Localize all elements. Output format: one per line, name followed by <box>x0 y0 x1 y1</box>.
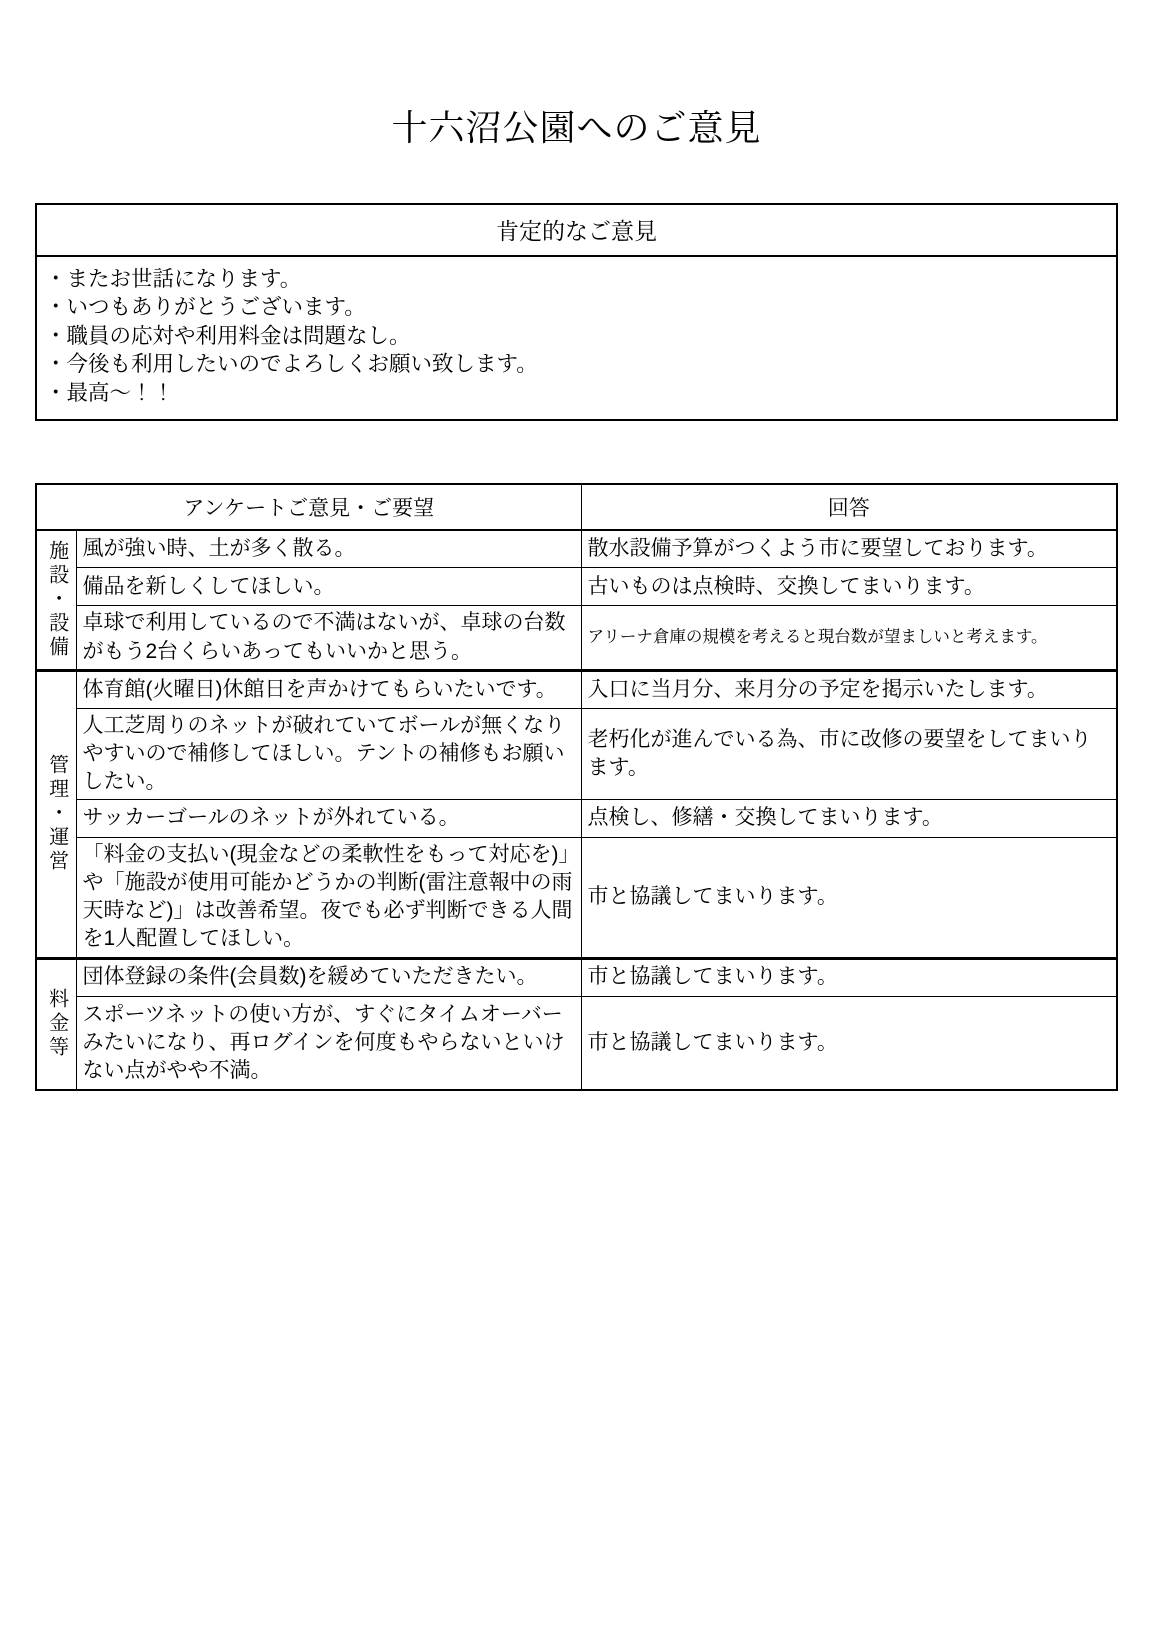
table-row: スポーツネットの使い方が、すぐにタイムオーバーみたいになり、再ログインを何度もや… <box>36 996 1117 1090</box>
positive-opinion-item: ・職員の応対や利用料金は問題なし。 <box>45 322 1106 350</box>
table-row: 人工芝周りのネットが破れていてボールが無くなりやすいので補修してほしい。テントの… <box>36 708 1117 799</box>
positive-opinion-item: ・最高～！！ <box>45 379 1106 407</box>
table-row: 施設・設備 風が強い時、土が多く散る。 散水設備予算がつくよう市に要望しておりま… <box>36 530 1117 568</box>
table-row: 料金等 団体登録の条件(会員数)を緩めていただきたい。 市と協議してまいります。 <box>36 958 1117 996</box>
table-header-row: アンケートご意見・ご要望 回答 <box>36 484 1117 530</box>
opinion-cell: サッカーゴールのネットが外れている。 <box>76 800 581 838</box>
category-label: 管理・運営 <box>43 754 70 874</box>
opinion-cell: 備品を新しくしてほしい。 <box>76 568 581 606</box>
answer-cell: 市と協議してまいります。 <box>581 838 1117 959</box>
column-header-answer: 回答 <box>581 484 1117 530</box>
page-title: 十六沼公園へのご意見 <box>35 100 1118 151</box>
positive-opinions-header: 肯定的なご意見 <box>37 205 1116 257</box>
table-row: 管理・運営 体育館(火曜日)休館日を声かけてもらいたいです。 入口に当月分、来月… <box>36 670 1117 708</box>
document-page: 十六沼公園へのご意見 肯定的なご意見 ・またお世話になります。 ・いつもありがと… <box>35 0 1118 1091</box>
answer-cell: 市と協議してまいります。 <box>581 996 1117 1090</box>
answer-cell: 古いものは点検時、交換してまいります。 <box>581 568 1117 606</box>
opinion-cell: スポーツネットの使い方が、すぐにタイムオーバーみたいになり、再ログインを何度もや… <box>76 996 581 1090</box>
category-label: 施設・設備 <box>43 540 70 660</box>
opinion-cell: 風が強い時、土が多く散る。 <box>76 530 581 568</box>
positive-opinions-box: 肯定的なご意見 ・またお世話になります。 ・いつもありがとうございます。 ・職員… <box>35 203 1118 421</box>
answer-cell: 市と協議してまいります。 <box>581 958 1117 996</box>
table-row: サッカーゴールのネットが外れている。 点検し、修繕・交換してまいります。 <box>36 800 1117 838</box>
positive-opinion-item: ・またお世話になります。 <box>45 265 1106 293</box>
opinion-cell: 「料金の支払い(現金などの柔軟性をもって対応を)」や「施設が使用可能かどうかの判… <box>76 838 581 959</box>
table-row: 「料金の支払い(現金などの柔軟性をもって対応を)」や「施設が使用可能かどうかの判… <box>36 838 1117 959</box>
opinion-cell: 体育館(火曜日)休館日を声かけてもらいたいです。 <box>76 670 581 708</box>
opinion-cell: 卓球で利用しているので不満はないが、卓球の台数がもう2台くらいあってもいいかと思… <box>76 606 581 670</box>
positive-opinion-item: ・今後も利用したいのでよろしくお願い致します。 <box>45 350 1106 378</box>
category-label: 料金等 <box>43 988 70 1060</box>
answer-cell: 老朽化が進んでいる為、市に改修の要望をしてまいります。 <box>581 708 1117 799</box>
category-cell-facilities: 施設・設備 <box>36 530 76 670</box>
table-row: 備品を新しくしてほしい。 古いものは点検時、交換してまいります。 <box>36 568 1117 606</box>
category-cell-fees: 料金等 <box>36 958 76 1090</box>
column-header-opinion: アンケートご意見・ご要望 <box>36 484 581 530</box>
feedback-response-table: アンケートご意見・ご要望 回答 施設・設備 風が強い時、土が多く散る。 散水設備… <box>35 483 1118 1091</box>
category-cell-management: 管理・運営 <box>36 670 76 958</box>
answer-cell: 入口に当月分、来月分の予定を掲示いたします。 <box>581 670 1117 708</box>
answer-cell: 散水設備予算がつくよう市に要望しております。 <box>581 530 1117 568</box>
opinion-cell: 団体登録の条件(会員数)を緩めていただきたい。 <box>76 958 581 996</box>
answer-cell: 点検し、修繕・交換してまいります。 <box>581 800 1117 838</box>
positive-opinions-list: ・またお世話になります。 ・いつもありがとうございます。 ・職員の応対や利用料金… <box>37 257 1116 419</box>
opinion-cell: 人工芝周りのネットが破れていてボールが無くなりやすいので補修してほしい。テントの… <box>76 708 581 799</box>
positive-opinion-item: ・いつもありがとうございます。 <box>45 293 1106 321</box>
answer-cell: アリーナ倉庫の規模を考えると現台数が望ましいと考えます。 <box>581 606 1117 670</box>
table-row: 卓球で利用しているので不満はないが、卓球の台数がもう2台くらいあってもいいかと思… <box>36 606 1117 670</box>
